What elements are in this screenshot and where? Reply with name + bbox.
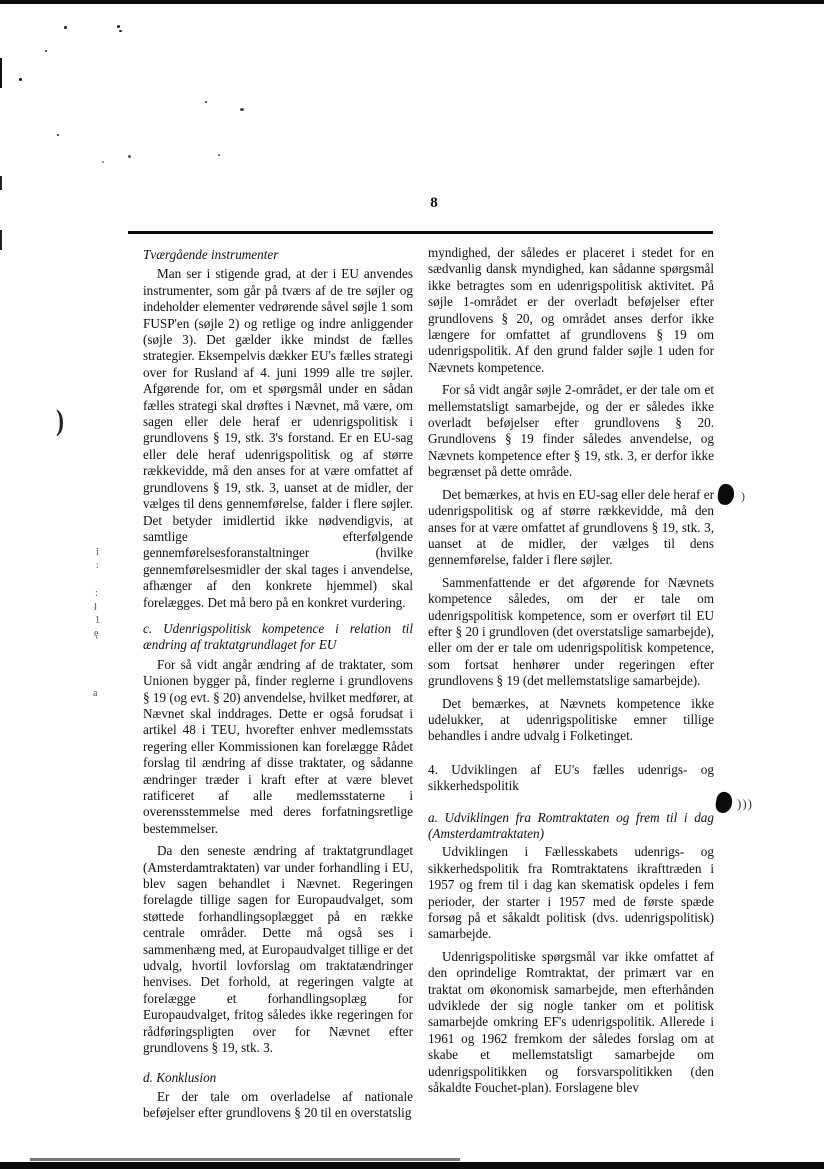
body-paragraph: Det bemærkes, at Nævnets kompetence ikke… [428,696,714,745]
body-paragraph: Udviklingen i Fællesskabets udenrigs- og… [428,844,714,942]
scan-edge-left-mark [0,176,2,190]
ink-scribble: ł [94,602,97,613]
body-paragraph: Udenrigspolitiske spørgsmål var ikke omf… [428,949,714,1097]
scan-edge-left-mark [0,58,2,88]
ink-mark-paren: ) [56,404,64,438]
body-paragraph: For så vidt angår søjle 2-området, er de… [428,382,714,480]
section-heading-c: c. Udenrigspolitisk kompetence i relatio… [143,621,413,654]
body-paragraph: Det bemærkes, at hvis en EU-sag eller de… [428,487,714,569]
scan-edge-top [0,0,824,4]
body-paragraph: Er der tale om overladelse af nationale … [143,1089,413,1122]
ink-scribble: ę [94,628,98,639]
section-heading-d: d. Konklusion [143,1070,413,1086]
ink-blob-tail: ) [741,489,746,504]
scan-edge-bottom [0,1162,824,1169]
section-heading-a: a. Udviklingen fra Romtraktaten og frem … [428,810,714,843]
scan-edge-shadow [30,1158,460,1161]
section-heading-tvaergaaende-instrumenter: Tværgående instrumenter [143,247,413,263]
ink-blob [714,791,733,814]
right-column: myndighed, der således er placeret i ste… [428,245,714,1097]
scan-edge-left-mark [0,230,2,250]
ink-scribble: : [95,588,98,599]
body-paragraph: Man ser i stigende grad, at der i EU anv… [143,266,413,611]
page-number: 8 [424,195,444,212]
left-column: Tværgående instrumenter Man ser i stigen… [143,247,413,1122]
body-paragraph-continuation: myndighed, der således er placeret i ste… [428,245,714,376]
ink-scribble: i [96,547,99,558]
ink-scribble: a [93,688,97,699]
ink-blob [717,483,736,506]
ink-blob-tail: ))) [737,796,753,812]
ink-scribble: 1 [95,615,100,626]
section-heading-4: 4. Udviklingen af EU's fælles udenrigs- … [428,762,714,795]
body-paragraph: For så vidt angår ændring af de traktate… [143,657,413,837]
header-rule [128,231,713,234]
body-paragraph: Da den seneste ændring af traktatgrundla… [143,843,413,1056]
body-paragraph: Sammenfattende er det afgørende for Nævn… [428,575,714,690]
ink-scribble: : [96,560,99,571]
